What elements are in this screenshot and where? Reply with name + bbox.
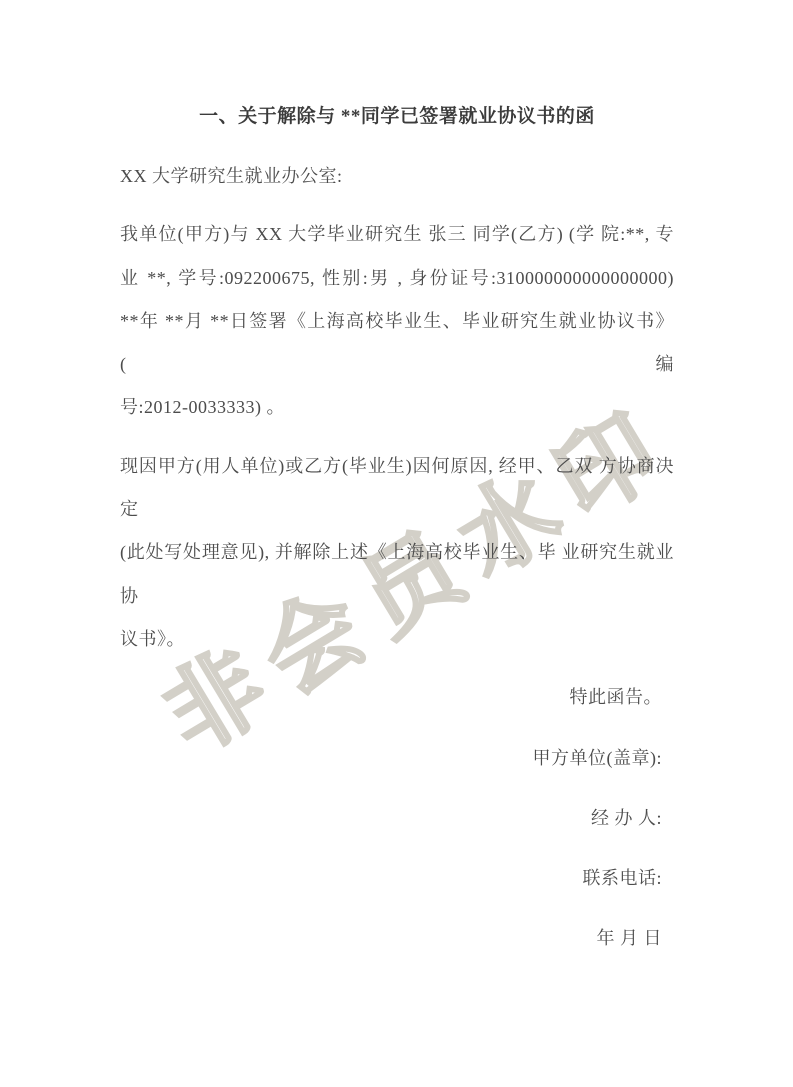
paragraph-agreement-info: 我单位(甲方)与 XX 大学毕业研究生 张三 同学(乙方) (学 院:**, 专…	[120, 213, 674, 429]
paragraph-2-line-2: (此处写处理意见), 并解除上述《上海高校毕业生、毕 业研究生就业协	[120, 531, 674, 618]
contact-phone-line: 联系电话:	[120, 857, 674, 900]
salutation-line: XX 大学研究生就业办公室:	[120, 155, 674, 198]
handler-line: 经 办 人:	[120, 797, 674, 840]
closing-notice-line: 特此函告。	[120, 676, 674, 719]
letter-content: 一、关于解除与 **同学已签署就业协议书的函 XX 大学研究生就业办公室: 我单…	[0, 0, 793, 961]
paragraph-1-line-4: 号:2012-0033333) 。	[120, 386, 674, 429]
paragraph-termination-reason: 现因甲方(用人单位)或乙方(毕业生)因何原因, 经甲、乙双 方协商决定 (此处写…	[120, 445, 674, 661]
date-line: 年 月 日	[120, 917, 674, 960]
party-a-seal-line: 甲方单位(盖章):	[120, 737, 674, 780]
closing-block: 特此函告。 甲方单位(盖章): 经 办 人: 联系电话: 年 月 日	[120, 676, 674, 960]
paragraph-1-line-1: 我单位(甲方)与 XX 大学毕业研究生 张三 同学(乙方) (学 院:**, 专	[120, 213, 674, 256]
paragraph-1-line-2: 业 **, 学号:092200675, 性别:男 , 身份证号:31000000…	[120, 257, 674, 300]
paragraph-2-line-1: 现因甲方(用人单位)或乙方(毕业生)因何原因, 经甲、乙双 方协商决定	[120, 445, 674, 532]
paragraph-2-line-3: 议书》。	[120, 618, 674, 661]
document-page: 非会员水印 一、关于解除与 **同学已签署就业协议书的函 XX 大学研究生就业办…	[0, 0, 793, 1087]
paragraph-1-line-3: **年 **月 **日签署《上海高校毕业生、毕业研究生就业协议书》 (编	[120, 300, 674, 387]
letter-title: 一、关于解除与 **同学已签署就业协议书的函	[120, 99, 674, 135]
